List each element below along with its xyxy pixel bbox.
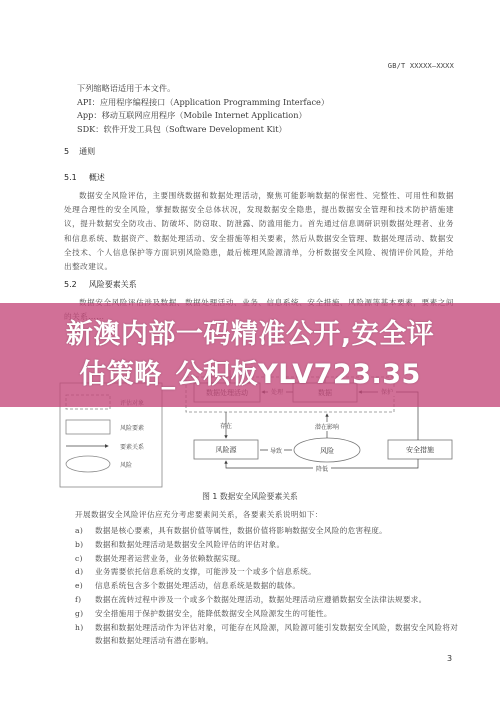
list-marker: f) [75, 593, 95, 607]
list-item: h)数据和数据处理活动作为评估对象，可能存在风险源，风险源可能引发数据安全风险，… [75, 621, 460, 649]
list-text: 数据和数据处理活动作为评估对象，可能存在风险源，风险源可能引发数据安全风险，数据… [95, 621, 460, 649]
page-number: 3 [447, 654, 452, 663]
list-marker: b) [75, 538, 95, 552]
list-text: 业务需要依托信息系统的支撑，可能涉及一个或多个信息系统。 [95, 565, 460, 579]
list-item: a)数据是核心要素，具有数据价值等属性，数据价值将影响数据安全风险的危害程度。 [75, 524, 460, 538]
edge-label-reduce: 降低 [316, 465, 328, 473]
list-text: 数据和数据处理活动是数据安全风险评估的评估对象。 [95, 538, 460, 552]
list-text: 数据在流转过程中涉及一个或多个数据处理活动，数据处理活动应遵循数据安全法律法规要… [95, 593, 460, 607]
list-item: e)信息系统包含多个数据处理活动，信息系统是数据的载体。 [75, 579, 460, 593]
node-risk-source: 风险源 [216, 445, 238, 454]
relations-list: a)数据是核心要素，具有数据价值等属性，数据价值将影响数据安全风险的危害程度。 … [75, 524, 460, 648]
legend-label: 要素关系 [120, 443, 144, 451]
list-item: f)数据在流转过程中涉及一个或多个数据处理活动，数据处理活动应遵循数据安全法律法… [75, 593, 460, 607]
edge-label-trigger: 导致 [270, 447, 282, 455]
list-item: d)业务需要依托信息系统的支撑，可能涉及一个或多个信息系统。 [75, 565, 460, 579]
overlay-title-line-2: 估策略_公积板YLV723.35 [79, 355, 421, 395]
list-marker: c) [75, 552, 95, 566]
list-item: g)安全措施用于保护数据安全，能降低数据安全风险源发生的可能性。 [75, 607, 460, 621]
edge-label-exist: 存在 [220, 422, 232, 430]
node-safeguard: 安全措施 [406, 445, 434, 454]
list-marker: h) [75, 621, 95, 649]
overlay-title-line-1: 新澳内部一码精准公开,安全评 [66, 315, 434, 355]
edge-label-impact: 潜在影响 [315, 423, 339, 431]
list-text: 数据是核心要素，具有数据价值等属性，数据价值将影响数据安全风险的危害程度。 [95, 524, 460, 538]
overlay-title-banner: 新澳内部一码精准公开,安全评 估策略_公积板YLV723.35 [0, 303, 500, 407]
document-page: GB/T XXXXX—XXXX 下列缩略语适用于本文件。 API：应用程序编程接… [0, 0, 500, 707]
list-item: c)数据处理者运营业务，业务依赖数据实现。 [75, 552, 460, 566]
list-text: 信息系统包含多个数据处理活动，信息系统是数据的载体。 [95, 579, 460, 593]
node-risk: 风险 [320, 446, 334, 455]
relations-intro: 开展数据安全风险评估应充分考虑要素间关系，各要素关系说明如下： [75, 509, 323, 520]
list-text: 安全措施用于保护数据安全，能降低数据安全风险源发生的可能性。 [95, 607, 460, 621]
figure-caption: 图 1 数据安全风险要素关系 [0, 491, 500, 502]
list-marker: a) [75, 524, 95, 538]
list-item: b)数据和数据处理活动是数据安全风险评估的评估对象。 [75, 538, 460, 552]
list-text: 数据处理者运营业务，业务依赖数据实现。 [95, 552, 460, 566]
list-marker: d) [75, 565, 95, 579]
legend-label: 风险 [120, 461, 132, 469]
list-marker: e) [75, 579, 95, 593]
legend-label: 风险要素 [120, 424, 144, 432]
list-marker: g) [75, 607, 95, 621]
